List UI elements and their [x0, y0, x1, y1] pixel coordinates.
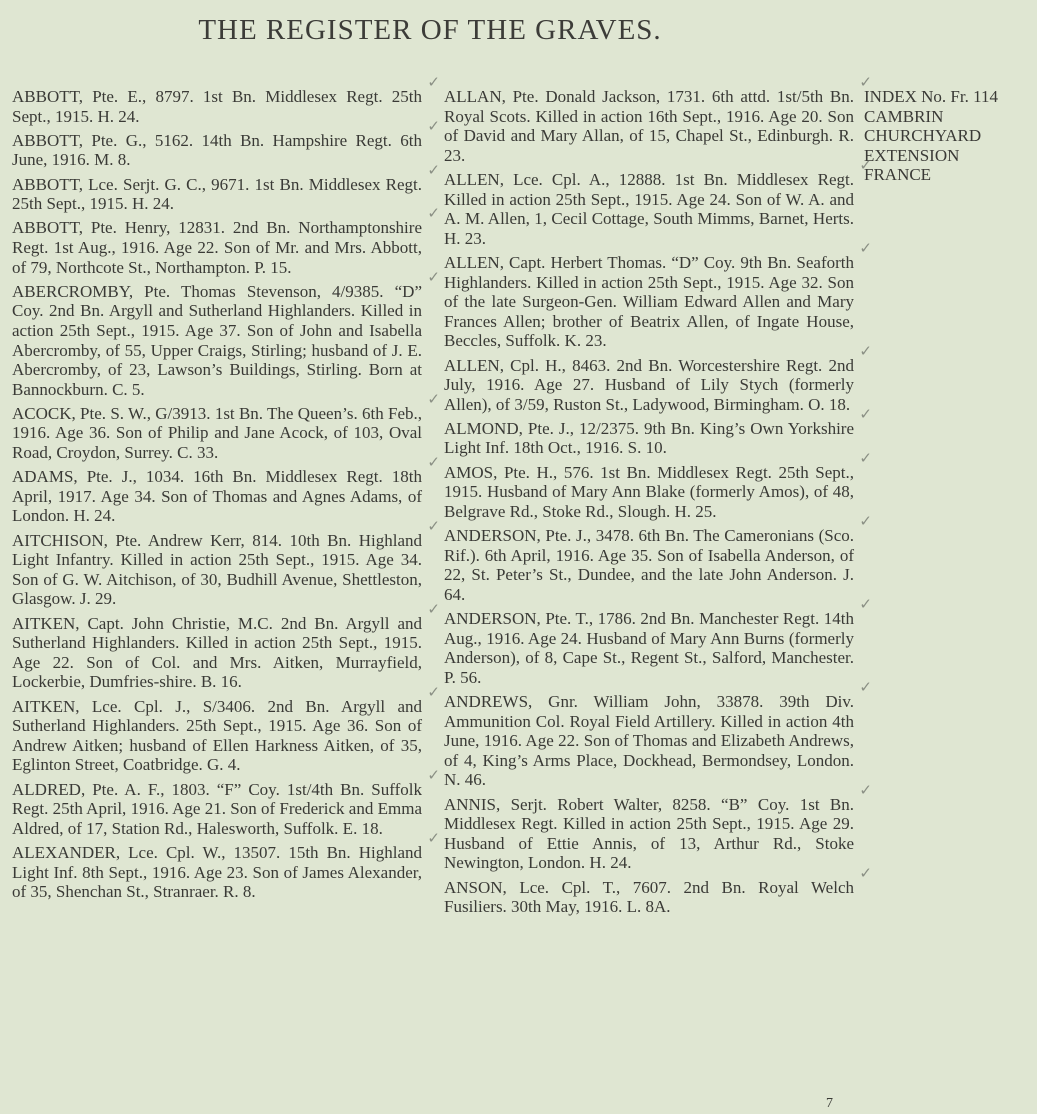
- check-mark-icon: ✓: [427, 73, 440, 93]
- grave-entry: ABBOTT, Pte. Henry, 12831. 2nd Bn. North…: [12, 218, 422, 277]
- check-mark-icon: ✓: [859, 342, 872, 362]
- check-mark-icon: ✓: [859, 239, 872, 259]
- grave-entry: ALEXANDER, Lce. Cpl. W., 13507. 15th Bn.…: [12, 843, 422, 902]
- page-number: 7: [826, 1096, 833, 1112]
- check-mark-icon: ✓: [427, 600, 440, 620]
- grave-entry: ABBOTT, Pte. G., 5162. 14th Bn. Hampshir…: [12, 131, 422, 170]
- check-mark-icon: ✓: [859, 678, 872, 698]
- grave-entry: ANNIS, Serjt. Robert Walter, 8258. “B” C…: [444, 795, 854, 873]
- grave-entry: ABBOTT, Pte. E., 8797. 1st Bn. Middlesex…: [12, 87, 422, 126]
- check-mark-icon: ✓: [427, 268, 440, 288]
- grave-entry: ALMOND, Pte. J., 12/2375. 9th Bn. King’s…: [444, 419, 854, 458]
- check-mark-icon: ✓: [859, 512, 872, 532]
- left-column: ABBOTT, Pte. E., 8797. 1st Bn. Middlesex…: [12, 87, 422, 906]
- grave-entry: ALLAN, Pte. Donald Jackson, 1731. 6th at…: [444, 87, 854, 165]
- check-mark-icon: ✓: [859, 781, 872, 801]
- grave-entry: ADAMS, Pte. J., 1034. 16th Bn. Middlesex…: [12, 467, 422, 526]
- check-mark-icon: ✓: [859, 864, 872, 884]
- check-mark-icon: ✓: [427, 683, 440, 703]
- grave-entry: ANDERSON, Pte. J., 3478. 6th Bn. The Cam…: [444, 526, 854, 604]
- grave-entry: ALDRED, Pte. A. F., 1803. “F” Coy. 1st/4…: [12, 780, 422, 839]
- grave-entry: ALLEN, Capt. Herbert Thomas. “D” Coy. 9t…: [444, 253, 854, 351]
- cemetery-name-line: CAMBRIN: [864, 107, 998, 127]
- grave-entry: ANDREWS, Gnr. William John, 33878. 39th …: [444, 692, 854, 790]
- cemetery-name-line: CHURCHYARD: [864, 126, 998, 146]
- check-mark-icon: ✓: [427, 204, 440, 224]
- cemetery-index: INDEX No. Fr. 114 CAMBRIN CHURCHYARD EXT…: [864, 87, 998, 185]
- cemetery-country: FRANCE: [864, 165, 998, 185]
- grave-entry: ALLEN, Cpl. H., 8463. 2nd Bn. Worcesters…: [444, 356, 854, 415]
- cemetery-name-line: EXTENSION: [864, 146, 998, 166]
- check-mark-icon: ✓: [427, 390, 440, 410]
- grave-entry: ABERCROMBY, Pte. Thomas Stevenson, 4/938…: [12, 282, 422, 400]
- check-mark-icon: ✓: [427, 453, 440, 473]
- grave-entry: AITKEN, Capt. John Christie, M.C. 2nd Bn…: [12, 614, 422, 692]
- grave-entry: ACOCK, Pte. S. W., G/3913. 1st Bn. The Q…: [12, 404, 422, 463]
- check-mark-icon: ✓: [859, 405, 872, 425]
- grave-entry: ANDERSON, Pte. T., 1786. 2nd Bn. Manches…: [444, 609, 854, 687]
- grave-entry: ALLEN, Lce. Cpl. A., 12888. 1st Bn. Midd…: [444, 170, 854, 248]
- grave-entry: AITCHISON, Pte. Andrew Kerr, 814. 10th B…: [12, 531, 422, 609]
- grave-entry: ABBOTT, Lce. Serjt. G. C., 9671. 1st Bn.…: [12, 175, 422, 214]
- check-mark-icon: ✓: [427, 161, 440, 181]
- check-mark-icon: ✓: [427, 766, 440, 786]
- check-mark-icon: ✓: [859, 595, 872, 615]
- check-mark-icon: ✓: [859, 449, 872, 469]
- check-mark-icon: ✓: [427, 829, 440, 849]
- page-title: THE REGISTER OF THE GRAVES.: [0, 14, 860, 47]
- check-mark-icon: ✓: [427, 117, 440, 137]
- check-mark-icon: ✓: [427, 517, 440, 537]
- grave-entry: AITKEN, Lce. Cpl. J., S/3406. 2nd Bn. Ar…: [12, 697, 422, 775]
- index-number: INDEX No. Fr. 114: [864, 87, 998, 107]
- grave-entry: AMOS, Pte. H., 576. 1st Bn. Middlesex Re…: [444, 463, 854, 522]
- grave-entry: ANSON, Lce. Cpl. T., 7607. 2nd Bn. Royal…: [444, 878, 854, 917]
- right-column: ALLAN, Pte. Donald Jackson, 1731. 6th at…: [444, 87, 854, 921]
